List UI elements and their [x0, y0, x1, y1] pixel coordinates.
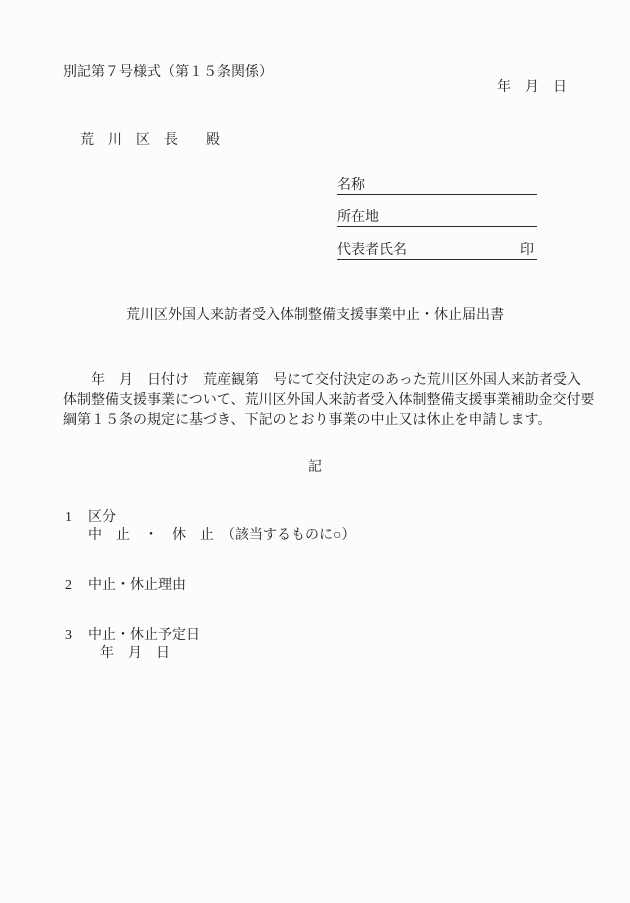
item-1-number: 1 [65, 510, 72, 526]
addressee-line: 荒 川 区 長 殿 [80, 133, 220, 149]
issue-date-line: 年 月 日 [497, 80, 567, 96]
body-line: 綱第１５条の規定に基づき、下記のとおり事業の中止又は休止を申請します。 [63, 413, 551, 429]
document-title: 荒川区外国人来訪者受入体制整備支援事業中止・休止届出書 [0, 308, 630, 324]
address-field: 所在地 [337, 209, 537, 227]
form-number-label: 別記第７号様式（第１５条関係） [63, 65, 273, 81]
record-marker: 記 [0, 460, 630, 476]
address-field-label: 所在地 [337, 210, 379, 226]
document-page: 別記第７号様式（第１５条関係） 年 月 日 荒 川 区 長 殿 名称 所在地 代… [0, 0, 630, 903]
item-1-label: 区分 [88, 510, 116, 526]
body-line: 年 月 日付け 荒産観第 号にて交付決定のあった荒川区外国人来訪者受入 [63, 373, 581, 389]
item-3-detail: 年 月 日 [100, 646, 170, 662]
item-3-label: 中止・休止予定日 [88, 628, 200, 644]
item-3-number: 3 [65, 628, 72, 644]
seal-mark: 印 [520, 243, 537, 259]
item-1-detail: 中 止 ・ 休 止 （該当するものに○） [88, 528, 355, 544]
item-2-number: 2 [65, 578, 72, 594]
item-2-label: 中止・休止理由 [88, 578, 186, 594]
body-line: 体制整備支援事業について、荒川区外国人来訪者受入体制整備支援事業補助金交付要 [63, 393, 594, 409]
representative-field: 代表者氏名 印 [337, 242, 537, 260]
name-field: 名称 [337, 177, 537, 195]
representative-field-label: 代表者氏名 [337, 243, 407, 259]
name-field-label: 名称 [337, 178, 365, 194]
